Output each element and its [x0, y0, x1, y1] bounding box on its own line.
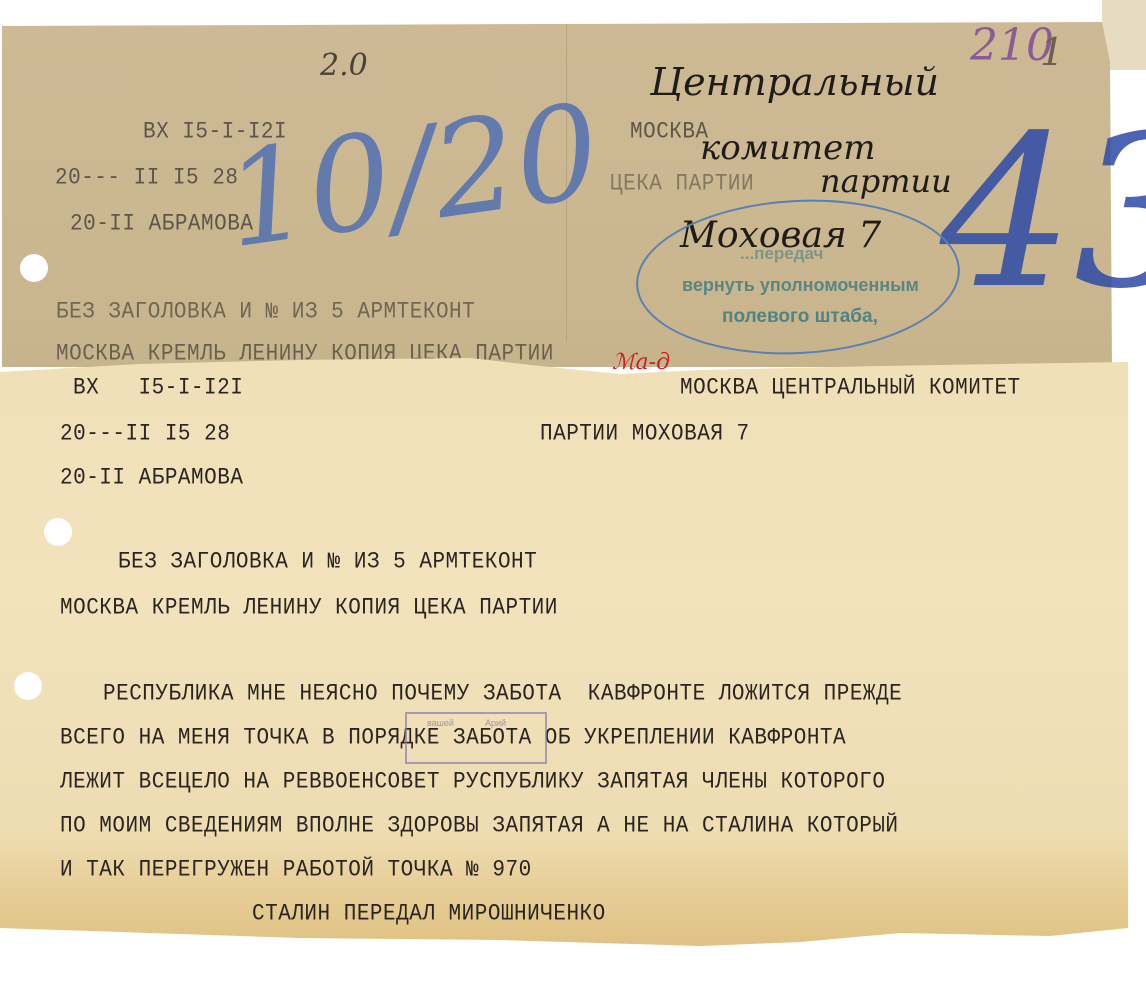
punch-hole-top	[20, 254, 48, 282]
preamble-line-2: МОСКВА КРЕМЛЬ ЛЕНИНУ КОПИЯ ЦЕКА ПАРТИИ	[60, 596, 558, 621]
preamble-line-1: БЕЗ ЗАГОЛОВКА И № ИЗ 5 АРМТЕКОНТ	[118, 550, 537, 575]
stamp-line-1: ...передач	[740, 244, 823, 264]
header-operator: 20-II АБРАМОВА	[60, 466, 243, 491]
stamp-line-3: полевого штаба,	[722, 306, 878, 328]
top-header-line-3: 20-II АБРАМОВА	[70, 212, 253, 237]
rect-stamp-text-2: Арий	[485, 718, 506, 728]
handwritten-central: Центральный	[650, 60, 939, 104]
recipient-line-2: ПАРТИИ МОХОВАЯ 7	[540, 422, 750, 447]
body-line-1: РЕСПУБЛИКА МНЕ НЕЯСНО ПОЧЕМУ ЗАБОТА КАВФ…	[103, 682, 902, 707]
handwritten-party: партии	[820, 162, 952, 200]
top-body-line-1: БЕЗ ЗАГОЛОВКА И № ИЗ 5 АРМТЕКОНТ	[56, 300, 475, 325]
stamp-line-2: вернуть уполномоченным	[682, 275, 919, 296]
body-line-4: ПО МОИМ СВЕДЕНИЯМ ВПОЛНЕ ЗДОРОВЫ ЗАПЯТАЯ…	[60, 814, 899, 839]
recipient-line-1: МОСКВА ЦЕНТРАЛЬНЫЙ КОМИТЕТ	[680, 376, 1021, 401]
punch-hole-bottom	[14, 672, 42, 700]
body-line-5: И ТАК ПЕРЕГРУЖЕН РАБОТОЙ ТОЧКА № 970	[60, 858, 532, 883]
blue-pencil-43: 43	[940, 90, 1146, 335]
top-header-right-1: МОСКВА	[630, 120, 709, 145]
pencil-mark: 1	[1040, 30, 1064, 74]
red-pencil-mark: ℳа-д	[612, 350, 670, 375]
rectangular-stamp: вашей Арий	[405, 712, 547, 764]
top-header-line-2: 20--- II I5 28	[55, 166, 238, 191]
body-line-3: ЛЕЖИТ ВСЕЦЕЛО НА РЕВВОЕНСОВЕТ РУСПУБЛИКУ…	[60, 770, 885, 795]
header-incoming-number: ВХ I5-I-I2I	[73, 376, 243, 401]
pencil-note-2-0: 2.0	[320, 48, 368, 83]
punch-hole-middle	[44, 518, 72, 546]
rect-stamp-text-1: вашей	[427, 718, 454, 728]
top-header-right-2: ЦЕКА ПАРТИИ	[610, 172, 754, 197]
header-time: 20---II I5 28	[60, 422, 230, 447]
signature-line: СТАЛИН ПЕРЕДАЛ МИРОШНИЧЕНКО	[252, 902, 606, 927]
